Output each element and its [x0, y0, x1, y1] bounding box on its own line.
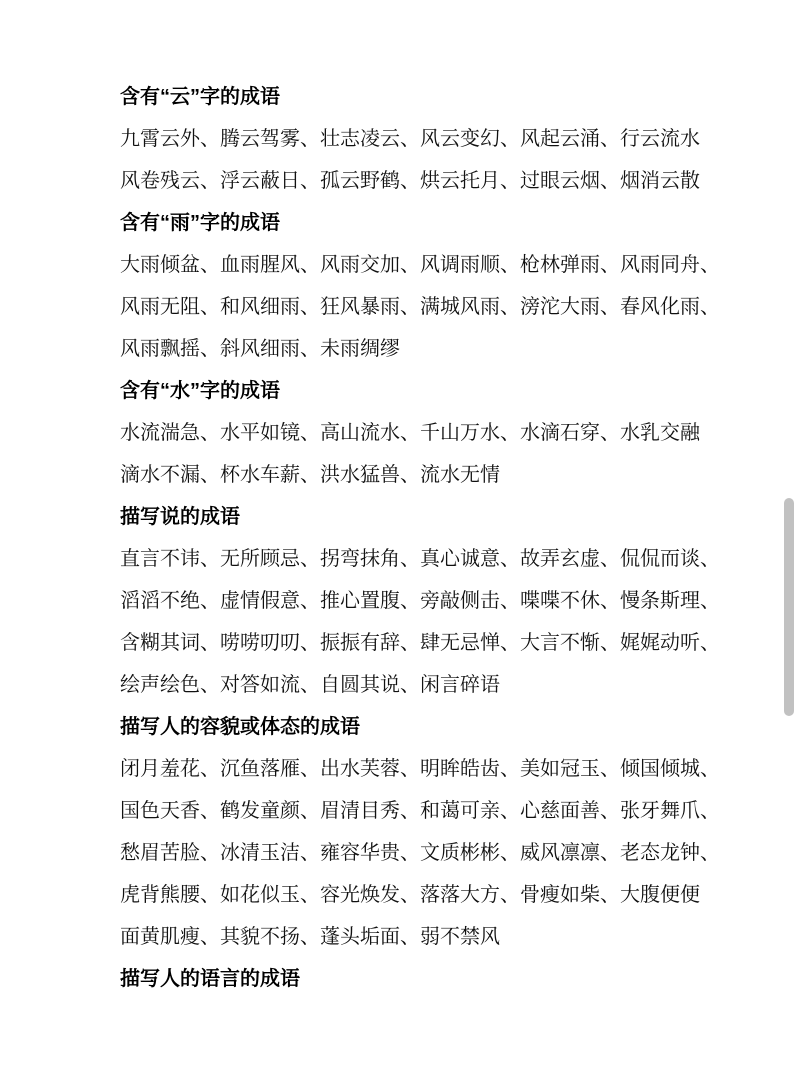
idiom-line: 滔滔不绝、虚情假意、推心置腹、旁敲侧击、喋喋不休、慢条斯理、 [120, 580, 720, 622]
section-cloud: 含有“云”字的成语 九霄云外、腾云驾雾、壮志凌云、风云变幻、风起云涌、行云流水 … [120, 76, 720, 202]
idiom-line: 水流湍急、水平如镜、高山流水、千山万水、水滴石穿、水乳交融 [120, 412, 720, 454]
section-language: 描写人的语言的成语 [120, 958, 720, 1000]
idiom-line: 虎背熊腰、如花似玉、容光焕发、落落大方、骨瘦如柴、大腹便便 [120, 874, 720, 916]
section-heading: 含有“水”字的成语 [120, 370, 720, 412]
idiom-line: 国色天香、鹤发童颜、眉清目秀、和蔼可亲、心慈面善、张牙舞爪、 [120, 790, 720, 832]
section-water: 含有“水”字的成语 水流湍急、水平如镜、高山流水、千山万水、水滴石穿、水乳交融 … [120, 370, 720, 496]
idiom-line: 滴水不漏、杯水车薪、洪水猛兽、流水无情 [120, 454, 720, 496]
idiom-line: 愁眉苦脸、冰清玉洁、雍容华贵、文质彬彬、威风凛凛、老态龙钟、 [120, 832, 720, 874]
idiom-line: 闭月羞花、沉鱼落雁、出水芙蓉、明眸皓齿、美如冠玉、倾国倾城、 [120, 748, 720, 790]
section-speaking: 描写说的成语 直言不讳、无所顾忌、拐弯抹角、真心诚意、故弄玄虚、侃侃而谈、 滔滔… [120, 496, 720, 706]
document-content: 含有“云”字的成语 九霄云外、腾云驾雾、壮志凌云、风云变幻、风起云涌、行云流水 … [120, 76, 720, 1000]
section-heading: 含有“雨”字的成语 [120, 202, 720, 244]
section-heading: 描写人的容貌或体态的成语 [120, 706, 720, 748]
scrollbar-thumb[interactable] [784, 498, 794, 716]
section-heading: 含有“云”字的成语 [120, 76, 720, 118]
idiom-line: 风雨飘摇、斜风细雨、未雨绸缪 [120, 328, 720, 370]
idiom-line: 大雨倾盆、血雨腥风、风雨交加、风调雨顺、枪林弹雨、风雨同舟、 [120, 244, 720, 286]
idiom-line: 直言不讳、无所顾忌、拐弯抹角、真心诚意、故弄玄虚、侃侃而谈、 [120, 538, 720, 580]
idiom-line: 绘声绘色、对答如流、自圆其说、闲言碎语 [120, 664, 720, 706]
section-heading: 描写说的成语 [120, 496, 720, 538]
section-rain: 含有“雨”字的成语 大雨倾盆、血雨腥风、风雨交加、风调雨顺、枪林弹雨、风雨同舟、… [120, 202, 720, 370]
idiom-line: 风雨无阻、和风细雨、狂风暴雨、满城风雨、滂沱大雨、春风化雨、 [120, 286, 720, 328]
section-heading: 描写人的语言的成语 [120, 958, 720, 1000]
idiom-line: 面黄肌瘦、其貌不扬、蓬头垢面、弱不禁风 [120, 916, 720, 958]
idiom-line: 风卷残云、浮云蔽日、孤云野鹤、烘云托月、过眼云烟、烟消云散 [120, 160, 720, 202]
document-page: 含有“云”字的成语 九霄云外、腾云驾雾、壮志凌云、风云变幻、风起云涌、行云流水 … [0, 0, 800, 1073]
section-appearance: 描写人的容貌或体态的成语 闭月羞花、沉鱼落雁、出水芙蓉、明眸皓齿、美如冠玉、倾国… [120, 706, 720, 958]
idiom-line: 九霄云外、腾云驾雾、壮志凌云、风云变幻、风起云涌、行云流水 [120, 118, 720, 160]
idiom-line: 含糊其词、唠唠叨叨、振振有辞、肆无忌惮、大言不惭、娓娓动听、 [120, 622, 720, 664]
